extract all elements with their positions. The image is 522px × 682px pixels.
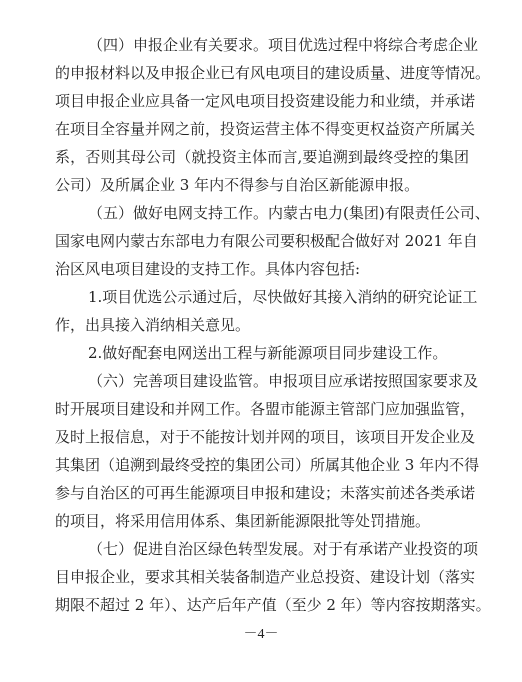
list-item-1-line: 1.项目优选公示通过后，尽快做好其接入消纳的研究论证工 [88,283,469,311]
list-item-2-line: 2.做好配套电网送出工程与新能源项目同步建设工作。 [88,339,469,367]
paragraph-5-line: 治区风电项目建设的支持工作。具体内容包括: [55,255,469,283]
paragraph-6-line: 的项目，将采用信用体系、集团新能源限批等处罚措施。 [55,507,469,535]
paragraph-4-line: 系，否则其母公司（就投资主体而言,要追溯到最终受控的集团 [55,143,469,171]
paragraph-7-line: 目申报企业，要求其相关装备制造产业总投资、建设计划（落实 [55,563,469,591]
paragraph-7-line: 期限不超过 2 年）、达产后年产值（至少 2 年）等内容按期落实。 [55,591,469,619]
paragraph-4-line: 的申报材料以及申报企业已有风电项目的建设质量、进度等情况。 [55,59,469,87]
paragraph-5-line: 国家电网内蒙古东部电力有限公司要积极配合做好对 2021 年自 [55,227,469,255]
paragraph-4-line: 在项目全容量并网之前，投资运营主体不得变更权益资产所属关 [55,115,469,143]
paragraph-4-line: 项目申报企业应具备一定风电项目投资建设能力和业绩，并承诺 [55,87,469,115]
paragraph-7-line: （七）促进自治区绿色转型发展。对于有承诺产业投资的项 [88,535,469,563]
document-page: （四）申报企业有关要求。项目优选过程中将综合考虑企业 的申报材料以及申报企业已有… [0,0,522,682]
paragraph-6-line: 时开展项目建设和并网工作。各盟市能源主管部门应加强监管， [55,395,469,423]
paragraph-4-line: 公司）及所属企业 3 年内不得参与自治区新能源申报。 [55,171,469,199]
paragraph-6-line: （六）完善项目建设监管。申报项目应承诺按照国家要求及 [88,367,469,395]
paragraph-6-line: 其集团（追溯到最终受控的集团公司）所属其他企业 3 年内不得 [55,451,469,479]
list-item-1-line: 作，出具接入消纳相关意见。 [55,311,469,339]
paragraph-6-line: 参与自治区的可再生能源项目申报和建设；未落实前述各类承诺 [55,479,469,507]
paragraph-6-line: 及时上报信息，对于不能按计划并网的项目，该项目开发企业及 [55,423,469,451]
page-number: －4－ [0,625,522,645]
paragraph-4-line: （四）申报企业有关要求。项目优选过程中将综合考虑企业 [88,31,469,59]
paragraph-5-line: （五）做好电网支持工作。内蒙古电力(集团)有限责任公司、 [88,199,469,227]
